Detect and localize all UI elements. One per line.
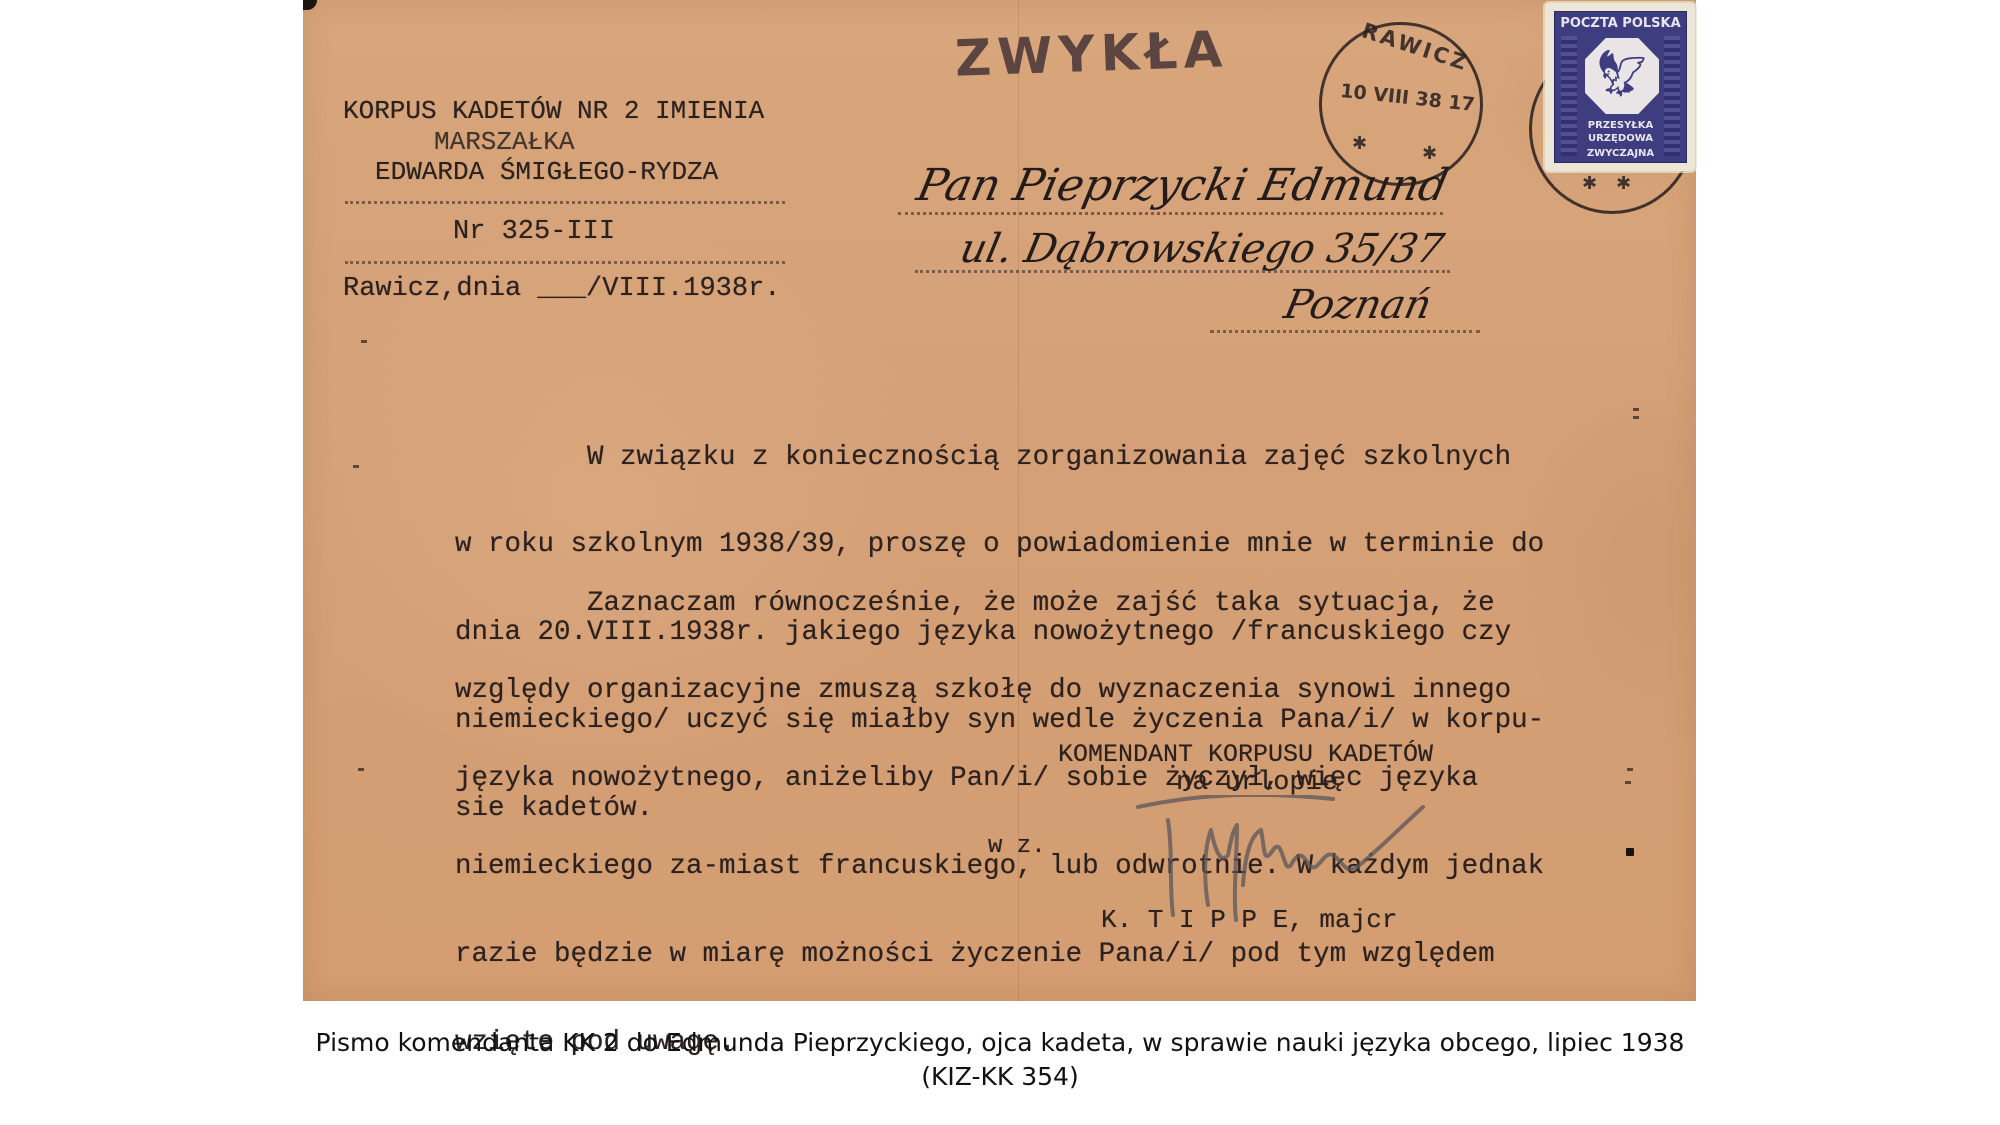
postmark-star-icon: ✱ bbox=[1352, 133, 1367, 154]
margin-mark bbox=[358, 768, 364, 771]
stamp-emblem-frame: 🦅︎ bbox=[1585, 38, 1659, 114]
stamp-country: POCZTA POLSKA bbox=[1555, 16, 1686, 31]
header-line-3: EDWARDA ŚMIGŁEGO-RYDZA bbox=[375, 157, 718, 187]
signature-status: na urlopie bbox=[1176, 768, 1338, 798]
document-scan: ZWYKŁA KORPUS KADETÓW NR 2 IMIENIA MARSZ… bbox=[303, 0, 1696, 1001]
signature-title: KOMENDANT KORPUSU KADETÓW bbox=[1058, 740, 1433, 770]
address-name: Pan Pieprzycki Edmund bbox=[913, 160, 1453, 211]
figure-caption: Pismo komendanta KK 2 do Edmunda Pieprzy… bbox=[0, 1026, 2000, 1060]
signature-wz: w z. bbox=[988, 832, 1046, 862]
stamp-text-2: URZĘDOWA bbox=[1555, 133, 1686, 144]
document-number: Nr 325-III bbox=[453, 217, 615, 247]
margin-mark bbox=[1625, 781, 1631, 784]
document-date: Rawicz,dnia ___/VIII.1938r. bbox=[343, 274, 780, 304]
body-line: Zaznaczam równocześnie, że może zajść ta… bbox=[455, 589, 1544, 618]
zwykla-stamp-mark: ZWYKŁA bbox=[954, 20, 1229, 87]
punch-hole bbox=[1626, 848, 1634, 856]
body-line: W związku z koniecznością zorganizowania… bbox=[455, 443, 1544, 472]
corner-blot bbox=[303, 0, 317, 10]
stamp-text-1: PRZESYŁKA bbox=[1555, 120, 1686, 131]
header-line-1: KORPUS KADETÓW NR 2 IMIENIA bbox=[343, 96, 764, 126]
header-divider-1 bbox=[345, 201, 785, 204]
postmark-star-icon: ✱ bbox=[1616, 173, 1631, 194]
stamp-text-3: ZWYCZAJNA bbox=[1555, 148, 1686, 159]
eagle-icon: 🦅︎ bbox=[1585, 46, 1659, 102]
postage-stamp: POCZTA POLSKA 🦅︎ PRZESYŁKA URZĘDOWA ZWYC… bbox=[1545, 3, 1695, 171]
postage-stamp-face: POCZTA POLSKA 🦅︎ PRZESYŁKA URZĘDOWA ZWYC… bbox=[1554, 11, 1687, 163]
address-underline-2 bbox=[915, 270, 1450, 273]
body-line: względy organizacyjne zmuszą szkołę do w… bbox=[455, 676, 1544, 705]
postmark-town: RAWICZ bbox=[1359, 18, 1472, 75]
margin-mark bbox=[361, 340, 367, 343]
margin-mark bbox=[1627, 768, 1633, 771]
postmark-date: 10 VIII 38 17 bbox=[1339, 80, 1476, 116]
figure-caption-reference: (KIZ-KK 354) bbox=[0, 1060, 2000, 1094]
margin-mark bbox=[1633, 408, 1639, 411]
header-line-2: MARSZAŁKA bbox=[434, 127, 574, 157]
header-divider-2 bbox=[345, 261, 785, 264]
address-city: Poznań bbox=[1280, 282, 1436, 328]
signatory-name: K. T I P P E, majcr bbox=[1101, 905, 1397, 935]
address-underline-1 bbox=[898, 212, 1443, 215]
address-street: ul. Dąbrowskiego 35/37 bbox=[956, 226, 1448, 272]
postmark-star-icon: ✱ bbox=[1582, 173, 1597, 194]
address-underline-3 bbox=[1210, 330, 1480, 333]
margin-mark bbox=[1633, 416, 1639, 419]
margin-mark bbox=[353, 465, 359, 468]
body-line: razie będzie w miarę możności życzenie P… bbox=[455, 940, 1544, 969]
